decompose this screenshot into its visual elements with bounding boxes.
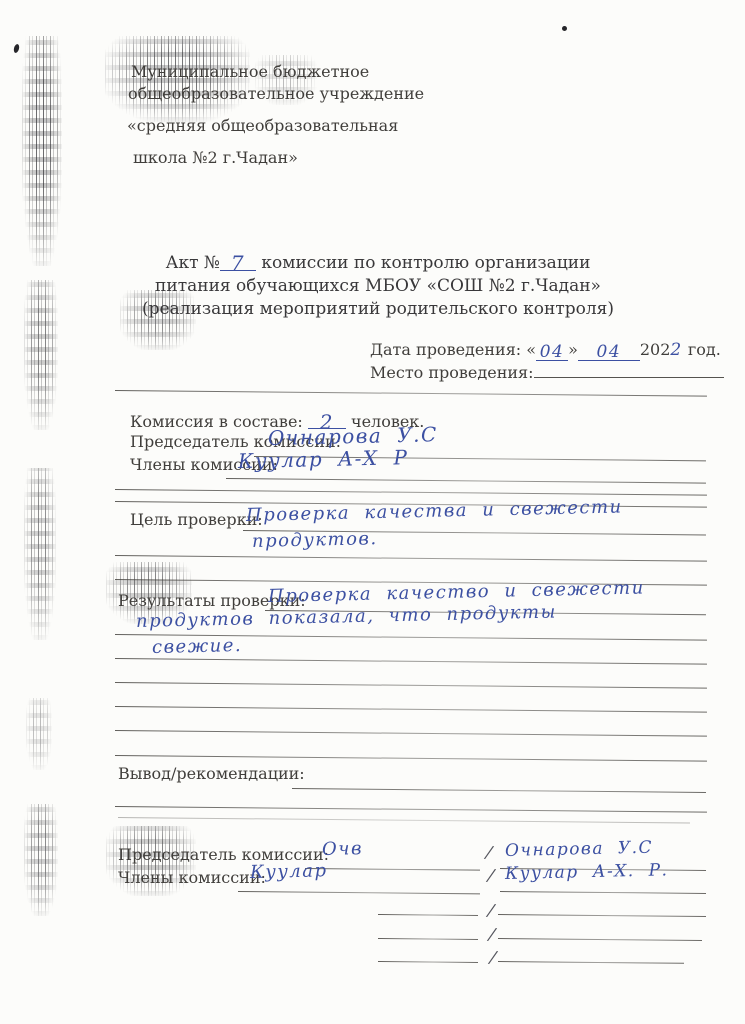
date-month-handwritten: 04 [578,342,640,361]
purpose-text-line-1: Проверка качества и свежести [246,496,623,526]
ruled-line [498,961,684,964]
ruled-line [226,478,706,484]
date-row: Дата проведения: «04»042022 год. [370,340,721,361]
scan-artifact-smudge [24,280,58,430]
act-number-handwritten: 7 [220,252,256,271]
org-name-line: «средняя общеобразовательная [127,116,398,135]
scan-artifact-smudge [24,468,56,640]
place-label: Место проведения: [370,363,534,382]
year-suffix: год. [688,340,721,359]
ruled-line [115,555,707,562]
members-signature-handwritten: Куулар [250,860,328,883]
title-line-3: (реализация мероприятий родительского ко… [132,298,624,321]
close-quote: » [568,340,578,359]
ruled-line [115,682,707,689]
signature-separator-mark: / [488,925,498,946]
ruled-line [500,891,706,894]
signature-separator-mark: / [487,901,497,922]
year-handwritten: 2 [670,340,682,360]
ruled-line [115,706,707,713]
place-blank-line [534,362,724,378]
chair-name-transcript-handwritten: Очнарова У.С [505,838,654,861]
signature-separator-mark: / [485,843,495,864]
org-name-line: общеобразовательное учреждение [128,84,424,103]
results-text-line-3: свежие. [152,635,243,658]
ruled-line [498,914,706,917]
ruled-line [378,961,478,963]
members-names-handwritten: Куулар А-Х Р [238,445,409,473]
ruled-line [115,489,707,496]
chair-signature-handwritten: Очв [322,838,363,860]
purpose-text-line-2: продуктов. [252,528,378,552]
scan-artifact-smudge [24,804,58,916]
conclusion-label: Вывод/рекомендации: [118,764,305,783]
document-title: Акт №7 комиссии по контролю организации … [132,252,624,321]
org-name-line: Муниципальное бюджетное [131,62,369,81]
place-row: Место проведения: [370,362,724,382]
signature-members-label: Члены комиссии: [118,868,266,887]
ink-dot-artifact [13,44,20,54]
signature-separator-mark: / [487,866,497,887]
ruled-line [115,658,707,665]
title-line-2: питания обучающихся МБОУ «СОШ №2 г.Чадан… [132,275,624,298]
act-number-label: Акт № [166,253,220,273]
scan-artifact-smudge [26,698,52,770]
open-quote: « [526,340,536,359]
ruled-line [498,938,702,941]
scan-artifact-smudge [22,36,62,266]
year-printed: 202 [640,340,671,359]
ruled-line [115,806,707,813]
ruled-line [115,390,707,397]
date-day-handwritten: 04 [536,342,568,361]
ruled-line [305,868,480,871]
org-name-line: школа №2 г.Чадан» [133,148,298,167]
signature-separator-mark: / [489,948,499,969]
ruled-line [238,891,480,894]
date-label: Дата проведения: [370,340,521,359]
ruled-line [115,730,707,737]
title-line-1-rest: комиссии по контролю организации [256,253,590,273]
ruled-line [378,914,478,916]
ruled-line [292,788,706,793]
ruled-line [115,755,707,762]
members-name-transcript-handwritten: Куулар А-Х. Р. [505,860,669,884]
scanned-document-page: Муниципальное бюджетное общеобразователь… [0,0,745,1024]
ruled-line [378,938,478,940]
ink-dot-artifact [562,26,567,31]
ruled-line [118,817,690,823]
purpose-label: Цель проверки: [130,510,263,529]
title-line-1: Акт №7 комиссии по контролю организации [132,252,624,275]
